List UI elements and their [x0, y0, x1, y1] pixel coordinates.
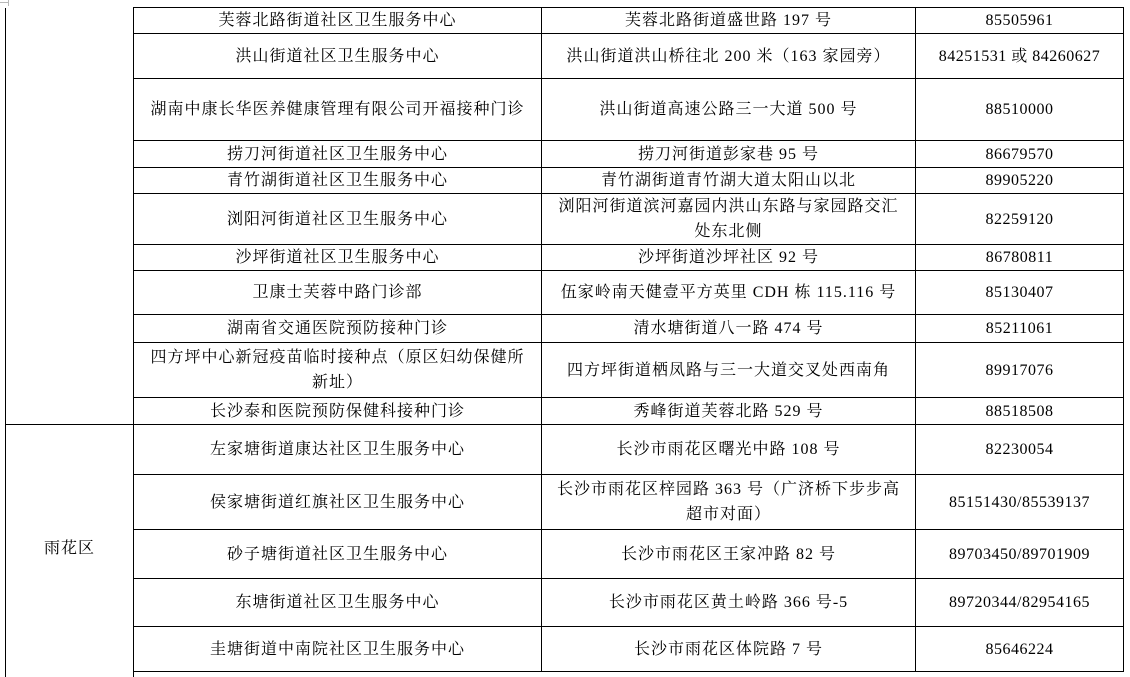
cell-name: 湖南省交通医院预防接种门诊 [134, 315, 542, 343]
cell-phone: 82259120 [916, 194, 1124, 245]
cell-phone: 85151430/85539137 [916, 475, 1124, 530]
cell-name: 洪山街道社区卫生服务中心 [134, 34, 542, 79]
cell-phone: 89917076 [916, 343, 1124, 398]
cell-address: 长沙市雨花区黄土岭路 366 号-5 [542, 579, 916, 627]
cell-phone: 82230054 [916, 425, 1124, 475]
cell-address: 洪山街道洪山桥往北 200 米（163 家园旁） [542, 34, 916, 79]
cell-address: 捞刀河街道彭家巷 95 号 [542, 141, 916, 168]
cell-name: 捞刀河街道社区卫生服务中心 [134, 141, 542, 168]
cell-address: 长沙市雨花区体院路 7 号 [542, 627, 916, 672]
cell-address: 青竹湖街道青竹湖大道太阳山以北 [542, 168, 916, 194]
district-column-border-extension [133, 670, 134, 677]
cell-address: 沙坪街道沙坪社区 92 号 [542, 245, 916, 271]
table-row: 长沙泰和医院预防保健科接种门诊秀峰街道芙蓉北路 529 号88518508 [6, 398, 1124, 425]
cell-name: 左家塘街道康达社区卫生服务中心 [134, 425, 542, 475]
cell-address: 洪山街道高速公路三一大道 500 号 [542, 79, 916, 141]
cell-phone: 89703450/89701909 [916, 530, 1124, 579]
cell-name: 青竹湖街道社区卫生服务中心 [134, 168, 542, 194]
cell-address: 芙蓉北路街道盛世路 197 号 [542, 8, 916, 34]
cell-address: 长沙市雨花区曙光中路 108 号 [542, 425, 916, 475]
table-row: 洪山街道社区卫生服务中心洪山街道洪山桥往北 200 米（163 家园旁）8425… [6, 34, 1124, 79]
table-row: 圭塘街道中南院社区卫生服务中心长沙市雨花区体院路 7 号85646224 [6, 627, 1124, 672]
table-row: 卫康士芙蓉中路门诊部伍家岭南天健壹平方英里 CDH 栋 115.116 号851… [6, 271, 1124, 315]
cell-address: 长沙市雨花区王家冲路 82 号 [542, 530, 916, 579]
table-body: 芙蓉北路街道社区卫生服务中心芙蓉北路街道盛世路 197 号85505961洪山街… [6, 8, 1124, 672]
cell-address: 四方坪街道栖凤路与三一大道交叉处西南角 [542, 343, 916, 398]
table-left-border-extension [5, 670, 6, 677]
table-row: 捞刀河街道社区卫生服务中心捞刀河街道彭家巷 95 号86679570 [6, 141, 1124, 168]
cell-phone: 89905220 [916, 168, 1124, 194]
table-row: 沙坪街道社区卫生服务中心沙坪街道沙坪社区 92 号86780811 [6, 245, 1124, 271]
cell-address: 浏阳河街道滨河嘉园内洪山东路与家园路交汇 处东北侧 [542, 194, 916, 245]
cell-district: 雨花区 [6, 425, 134, 672]
cell-phone: 84251531 或 84260627 [916, 34, 1124, 79]
cell-name: 浏阳河街道社区卫生服务中心 [134, 194, 542, 245]
cell-name: 侯家塘街道红旗社区卫生服务中心 [134, 475, 542, 530]
crop-mark-horizontal [0, 2, 8, 3]
cell-address: 伍家岭南天健壹平方英里 CDH 栋 115.116 号 [542, 271, 916, 315]
table-row: 东塘街道社区卫生服务中心长沙市雨花区黄土岭路 366 号-589720344/8… [6, 579, 1124, 627]
cell-phone: 85130407 [916, 271, 1124, 315]
cell-address: 秀峰街道芙蓉北路 529 号 [542, 398, 916, 425]
cell-phone: 89720344/82954165 [916, 579, 1124, 627]
cell-phone: 88510000 [916, 79, 1124, 141]
table-row: 湖南中康长华医养健康管理有限公司开福接种门诊洪山街道高速公路三一大道 500 号… [6, 79, 1124, 141]
cell-address: 清水塘街道八一路 474 号 [542, 315, 916, 343]
cell-district [6, 8, 134, 425]
vaccination-sites-table: 芙蓉北路街道社区卫生服务中心芙蓉北路街道盛世路 197 号85505961洪山街… [5, 7, 1124, 672]
table-row: 浏阳河街道社区卫生服务中心浏阳河街道滨河嘉园内洪山东路与家园路交汇 处东北侧82… [6, 194, 1124, 245]
table-row: 青竹湖街道社区卫生服务中心青竹湖街道青竹湖大道太阳山以北89905220 [6, 168, 1124, 194]
cell-phone: 85505961 [916, 8, 1124, 34]
table-row: 侯家塘街道红旗社区卫生服务中心长沙市雨花区梓园路 363 号（广济桥下步步高 超… [6, 475, 1124, 530]
cell-phone: 85646224 [916, 627, 1124, 672]
cell-name: 湖南中康长华医养健康管理有限公司开福接种门诊 [134, 79, 542, 141]
document-page: 芙蓉北路街道社区卫生服务中心芙蓉北路街道盛世路 197 号85505961洪山街… [0, 0, 1130, 677]
cell-name: 卫康士芙蓉中路门诊部 [134, 271, 542, 315]
cell-phone: 86679570 [916, 141, 1124, 168]
cell-name: 砂子塘街道社区卫生服务中心 [134, 530, 542, 579]
cell-phone: 88518508 [916, 398, 1124, 425]
cell-name: 长沙泰和医院预防保健科接种门诊 [134, 398, 542, 425]
table-row: 雨花区左家塘街道康达社区卫生服务中心长沙市雨花区曙光中路 108 号822300… [6, 425, 1124, 475]
table-row: 四方坪中心新冠疫苗临时接种点（原区妇幼保健所 新址）四方坪街道栖凤路与三一大道交… [6, 343, 1124, 398]
cell-phone: 85211061 [916, 315, 1124, 343]
table-row: 芙蓉北路街道社区卫生服务中心芙蓉北路街道盛世路 197 号85505961 [6, 8, 1124, 34]
table-row: 湖南省交通医院预防接种门诊清水塘街道八一路 474 号85211061 [6, 315, 1124, 343]
cell-name: 东塘街道社区卫生服务中心 [134, 579, 542, 627]
cell-name: 芙蓉北路街道社区卫生服务中心 [134, 8, 542, 34]
cell-name: 沙坪街道社区卫生服务中心 [134, 245, 542, 271]
cell-address: 长沙市雨花区梓园路 363 号（广济桥下步步高 超市对面） [542, 475, 916, 530]
cell-phone: 86780811 [916, 245, 1124, 271]
cell-name: 四方坪中心新冠疫苗临时接种点（原区妇幼保健所 新址） [134, 343, 542, 398]
table-row: 砂子塘街道社区卫生服务中心长沙市雨花区王家冲路 82 号89703450/897… [6, 530, 1124, 579]
cell-name: 圭塘街道中南院社区卫生服务中心 [134, 627, 542, 672]
crop-mark-vertical [8, 0, 9, 6]
